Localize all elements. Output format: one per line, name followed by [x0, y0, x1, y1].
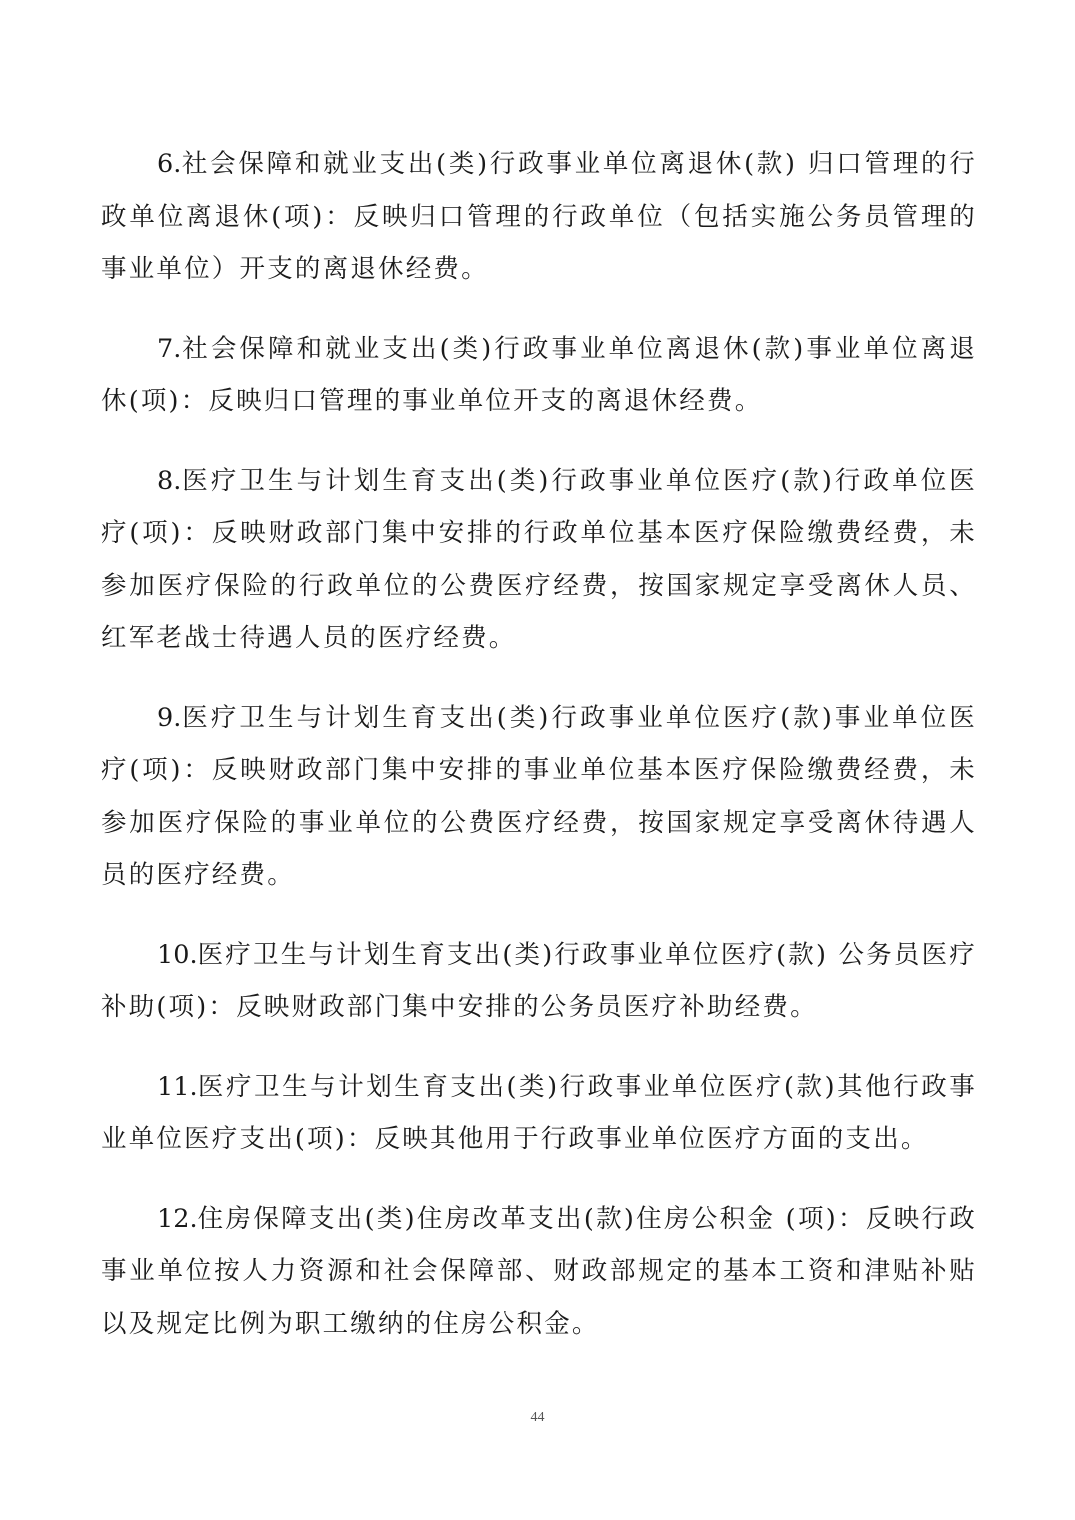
paragraph-item-8: 8.医疗卫生与计划生育支出(类)行政事业单位医疗(款)行政单位医疗(项)：反映财…: [101, 455, 977, 665]
paragraph-text: 医疗卫生与计划生育支出(类)行政事业单位医疗(款)行政单位医疗(项)：反映财政部…: [101, 466, 977, 654]
paragraph-number: 10.: [157, 940, 198, 970]
paragraph-item-11: 11.医疗卫生与计划生育支出(类)行政事业单位医疗(款)其他行政事业单位医疗支出…: [101, 1061, 977, 1166]
paragraph-number: 6.: [157, 149, 181, 179]
paragraph-text: 社会保障和就业支出(类)行政事业单位离退休(款)事业单位离退休(项)：反映归口管…: [101, 334, 977, 417]
paragraph-item-10: 10.医疗卫生与计划生育支出(类)行政事业单位医疗(款) 公务员医疗补助(项)：…: [101, 929, 977, 1034]
paragraph-number: 7.: [157, 334, 181, 364]
paragraph-number: 12.: [157, 1204, 198, 1234]
page-number: 44: [0, 1410, 1075, 1426]
paragraph-number: 9.: [157, 703, 181, 733]
paragraph-item-12: 12.住房保障支出(类)住房改革支出(款)住房公积金 (项)：反映行政事业单位按…: [101, 1193, 977, 1351]
paragraph-text: 医疗卫生与计划生育支出(类)行政事业单位医疗(款) 公务员医疗补助(项)：反映财…: [101, 940, 977, 1023]
paragraph-text: 医疗卫生与计划生育支出(类)行政事业单位医疗(款)其他行政事业单位医疗支出(项)…: [101, 1072, 977, 1155]
paragraph-number: 11.: [157, 1072, 198, 1102]
paragraph-text: 住房保障支出(类)住房改革支出(款)住房公积金 (项)：反映行政事业单位按人力资…: [101, 1204, 977, 1339]
paragraph-item-6: 6.社会保障和就业支出(类)行政事业单位离退休(款) 归口管理的行政单位离退休(…: [101, 138, 977, 296]
paragraph-item-9: 9.医疗卫生与计划生育支出(类)行政事业单位医疗(款)事业单位医疗(项)：反映财…: [101, 692, 977, 902]
paragraph-item-7: 7.社会保障和就业支出(类)行政事业单位离退休(款)事业单位离退休(项)：反映归…: [101, 323, 977, 428]
paragraph-text: 医疗卫生与计划生育支出(类)行政事业单位医疗(款)事业单位医疗(项)：反映财政部…: [101, 703, 977, 891]
paragraph-text: 社会保障和就业支出(类)行政事业单位离退休(款) 归口管理的行政单位离退休(项)…: [101, 149, 977, 284]
document-body: 6.社会保障和就业支出(类)行政事业单位离退休(款) 归口管理的行政单位离退休(…: [101, 138, 977, 1377]
paragraph-number: 8.: [157, 466, 181, 496]
